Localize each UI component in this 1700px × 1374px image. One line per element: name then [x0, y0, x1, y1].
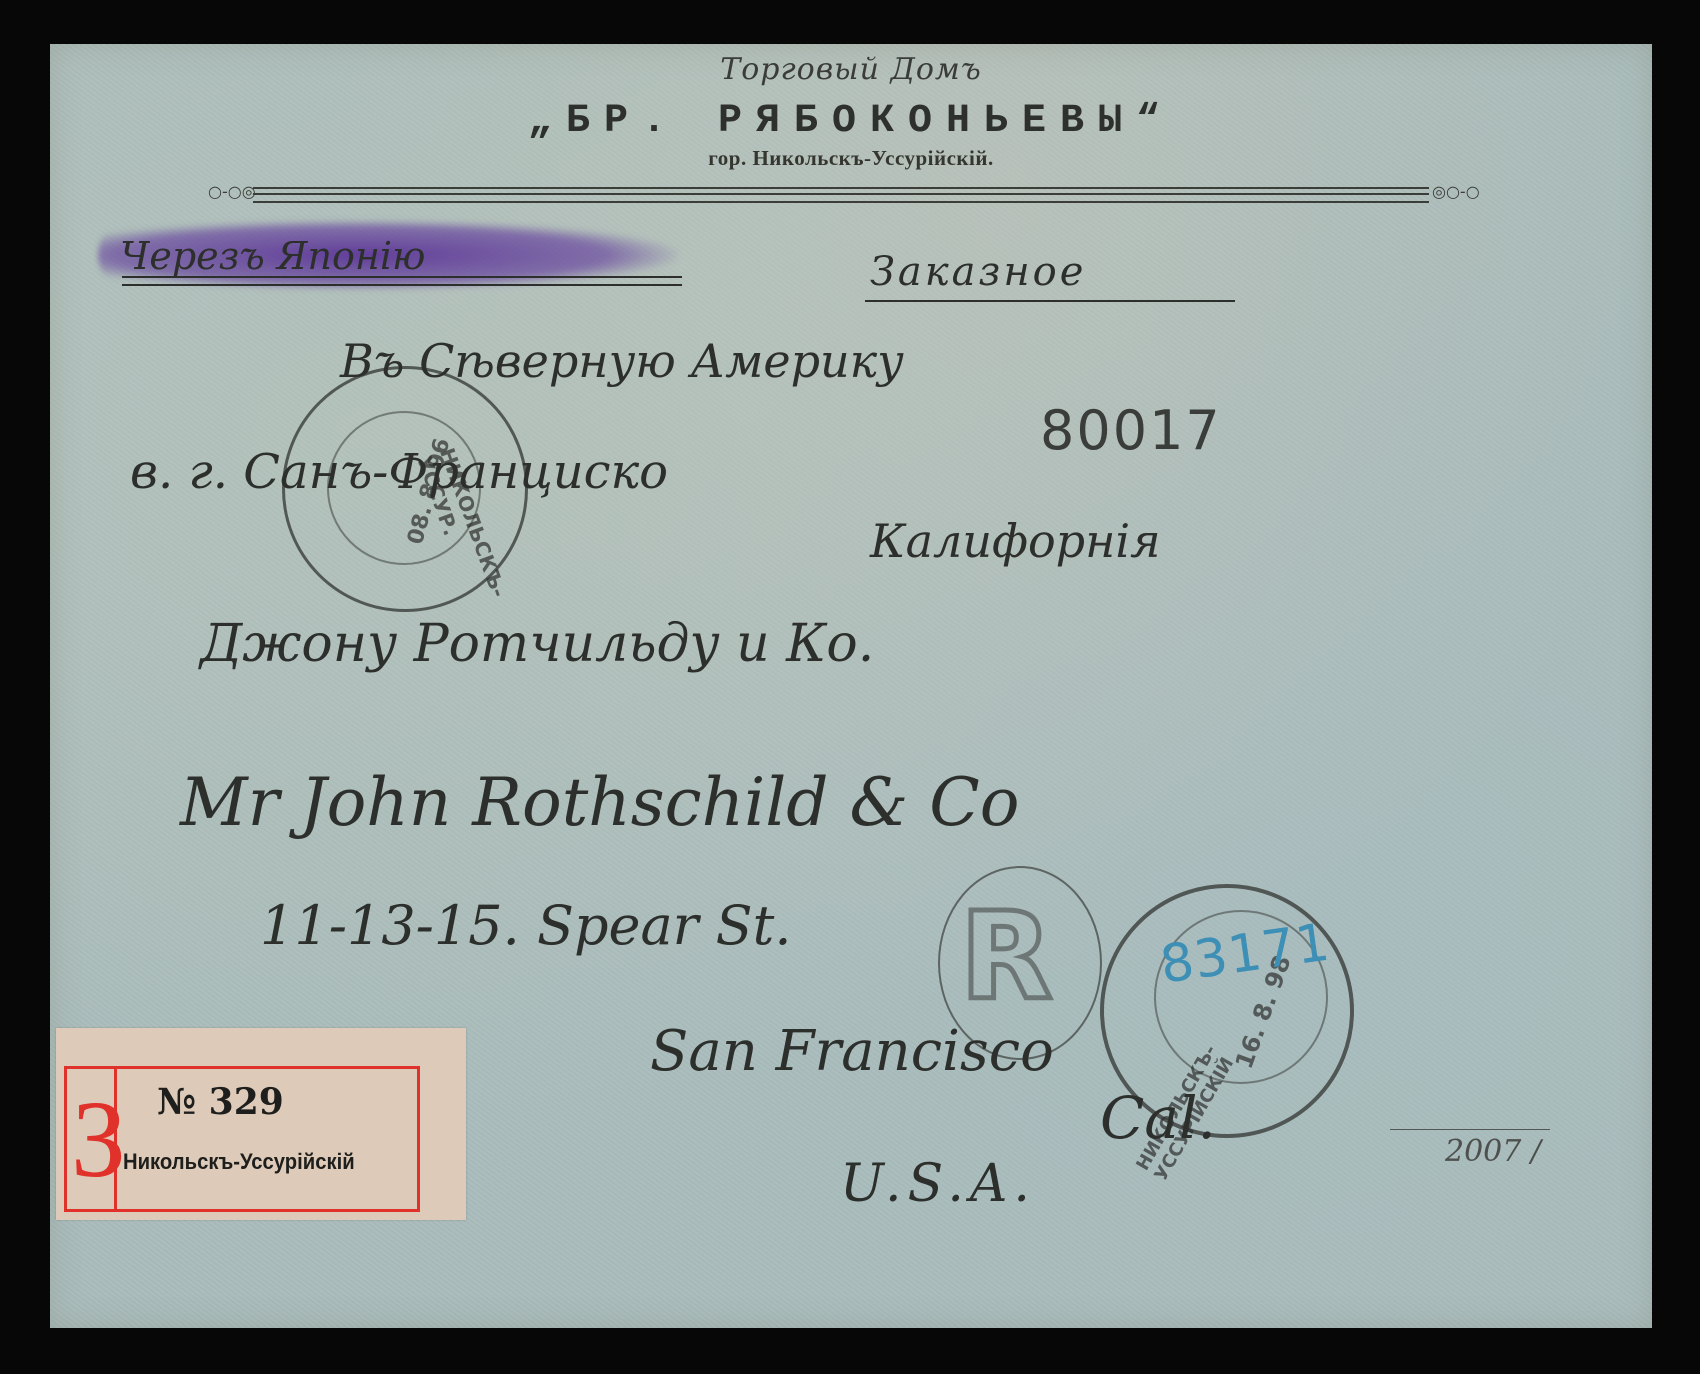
address-line-city-ru: в. г. Санъ-Франциско	[130, 444, 668, 500]
pencil-line	[1390, 1129, 1550, 1130]
registration-r-icon: R	[960, 888, 1052, 1027]
address-line-street: 11-13-15. Spear St.	[260, 894, 792, 957]
pencil-note: 2007 /	[1445, 1134, 1541, 1169]
registration-label-frame: З № 329 Никольскъ-Уссурійскій	[64, 1066, 420, 1212]
envelope: Торговый Домъ „БР. РЯБОКОНЬЕВЫ“ гор. Ник…	[50, 44, 1652, 1328]
registration-label-number: № 329	[157, 1081, 284, 1123]
letterhead-divider-rule	[253, 187, 1429, 203]
registered-note: Заказное	[870, 249, 1086, 295]
registration-label: З № 329 Никольскъ-Уссурійскій	[56, 1028, 466, 1220]
routing-underline-1	[122, 276, 682, 278]
address-line-state-en: Cal.	[1100, 1084, 1216, 1152]
address-line-city-en: San Francisco	[650, 1019, 1054, 1084]
routing-underline-2	[122, 284, 682, 286]
address-line-addressee-en: Mr John Rothschild & Co	[180, 764, 1020, 841]
ornament-right-icon: ◎○-○	[1432, 182, 1480, 201]
address-line-country: Въ Сѣверную Америку	[340, 334, 904, 388]
registration-label-town: Никольскъ-Уссурійскій	[123, 1149, 355, 1175]
struck-routing-note: Черезъ Японію	[120, 234, 425, 278]
letterhead-city: гор. Никольскъ-Уссурійскій.	[50, 146, 1652, 171]
number-stamp-80017: 80017	[1040, 399, 1222, 462]
address-line-state-ru: Калифорнія	[870, 514, 1161, 568]
letterhead-company-name: „БР. РЯБОКОНЬЕВЫ“	[50, 99, 1652, 144]
ornament-left-icon: ○-○◎	[208, 182, 256, 201]
registered-underline	[865, 300, 1235, 302]
letterhead-trading-house: Торговый Домъ	[50, 52, 1652, 87]
address-line-addressee-ru: Джону Ротчильду и Ко.	[200, 614, 874, 674]
address-line-country-en: U.S.A.	[840, 1154, 1036, 1214]
registration-label-letter: З	[71, 1075, 111, 1203]
